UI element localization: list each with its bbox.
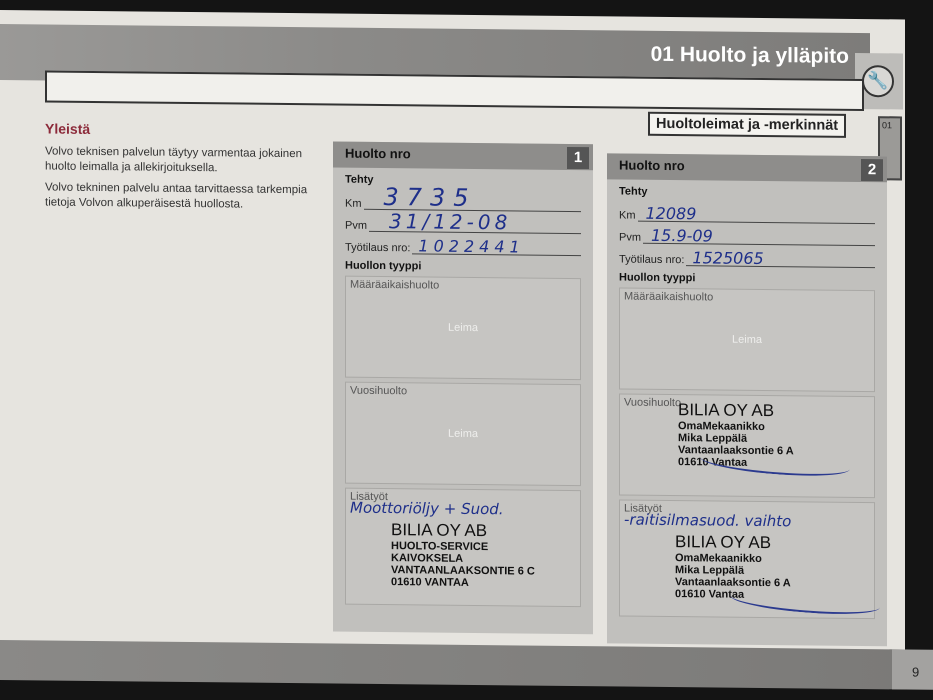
order-field: Työtilaus nro:1525065 bbox=[619, 243, 875, 268]
section-label: Vuosihuolto bbox=[624, 397, 681, 410]
km-label: Km bbox=[345, 198, 362, 210]
type-label: Huollon tyyppi bbox=[619, 271, 875, 286]
section-label: Vuosihuolto bbox=[350, 385, 407, 398]
km-value: 12089 bbox=[646, 204, 697, 224]
section-extra-work: Lisätyöt -raitisilmasuod. vaihto BILIA O… bbox=[619, 499, 875, 619]
section-label: Määräaikaishuolto bbox=[624, 291, 713, 304]
card-header-label: Huolto nro bbox=[345, 146, 411, 162]
footer-band bbox=[0, 640, 905, 689]
card-number: 2 bbox=[861, 159, 883, 181]
done-label: Tehty bbox=[619, 185, 875, 200]
dealer-stamp: BILIA OY AB HUOLTO-SERVICE KAIVOKSELA VA… bbox=[391, 521, 535, 590]
date-field: Pvm15.9-09 bbox=[619, 221, 875, 246]
signature bbox=[699, 446, 850, 480]
order-label: Työtilaus nro: bbox=[619, 253, 684, 266]
order-value: 1022441 bbox=[418, 236, 524, 256]
stamp-line: OmaMekaanikko bbox=[675, 552, 791, 565]
km-label: Km bbox=[619, 209, 636, 221]
card-header-label: Huolto nro bbox=[619, 157, 685, 173]
section-annual: Vuosihuolto BILIA OY AB OmaMekaanikko Mi… bbox=[619, 393, 875, 498]
section-annual: Vuosihuolto Leima bbox=[345, 382, 581, 486]
page-number: 9 bbox=[912, 665, 919, 680]
stamp-company: BILIA OY AB bbox=[678, 401, 794, 421]
service-card-2: Huolto nro 2 Tehty Km12089 Pvm15.9-09 Ty… bbox=[607, 153, 887, 646]
card-header: Huolto nro 1 bbox=[333, 141, 593, 170]
signature bbox=[729, 584, 880, 618]
date-field: Pvm31/12-08 bbox=[345, 210, 581, 234]
service-card-1: Huolto nro 1 Tehty Km3735 Pvm31/12-08 Ty… bbox=[333, 141, 593, 634]
stamp-line: Mika Leppälä bbox=[678, 432, 794, 445]
order-field: Työtilaus nro:1022441 bbox=[345, 232, 581, 256]
intro-paragraph: Volvo tekninen palvelu antaa tarvittaess… bbox=[45, 181, 315, 213]
card-header: Huolto nro 2 bbox=[607, 153, 887, 182]
wrench-icon: 🔧 bbox=[862, 65, 894, 97]
stamp-placeholder: Leima bbox=[346, 321, 580, 335]
stamp-placeholder: Leima bbox=[346, 427, 580, 441]
km-field: Km3735 bbox=[345, 188, 581, 212]
handwritten-note: Moottoriöljy + Suod. bbox=[350, 499, 504, 519]
chapter-title: 01 Huolto ja ylläpito bbox=[651, 43, 849, 69]
manual-page: 01 Huolto ja ylläpito 🔧 Huoltoleimat ja … bbox=[0, 10, 905, 679]
date-label: Pvm bbox=[345, 220, 367, 232]
stamp-placeholder: Leima bbox=[620, 332, 874, 347]
stamp-company: BILIA OY AB bbox=[391, 521, 535, 541]
km-value: 3735 bbox=[384, 183, 477, 212]
type-label: Huollon tyyppi bbox=[345, 260, 581, 274]
km-field: Km12089 bbox=[619, 199, 875, 224]
section-title: Huoltoleimat ja -merkinnät bbox=[648, 112, 846, 138]
stamp-line: 01610 VANTAA bbox=[391, 576, 535, 590]
section-label: Määräaikaishuolto bbox=[350, 279, 439, 292]
order-value: 1525065 bbox=[692, 248, 763, 268]
date-value: 15.9-09 bbox=[651, 226, 713, 246]
stamp-line: Mika Leppälä bbox=[675, 564, 791, 577]
stamp-line: OmaMekaanikko bbox=[678, 420, 794, 433]
section-extra-work: Lisätyöt Moottoriöljy + Suod. BILIA OY A… bbox=[345, 488, 581, 607]
intro-paragraph: Volvo teknisen palvelun täytyy varmentaa… bbox=[45, 144, 315, 176]
date-label: Pvm bbox=[619, 231, 641, 243]
card-number: 1 bbox=[567, 147, 589, 169]
date-value: 31/12-08 bbox=[389, 209, 511, 234]
order-label: Työtilaus nro: bbox=[345, 242, 410, 255]
section-periodic: Määräaikaishuolto Leima bbox=[619, 287, 875, 392]
stamp-company: BILIA OY AB bbox=[675, 533, 791, 553]
intro-heading: Yleistä bbox=[45, 120, 315, 139]
intro-text: Yleistä Volvo teknisen palvelun täytyy v… bbox=[45, 120, 315, 220]
handwritten-note: -raitisilmasuod. vaihto bbox=[624, 511, 791, 531]
section-periodic: Määräaikaishuolto Leima bbox=[345, 276, 581, 380]
